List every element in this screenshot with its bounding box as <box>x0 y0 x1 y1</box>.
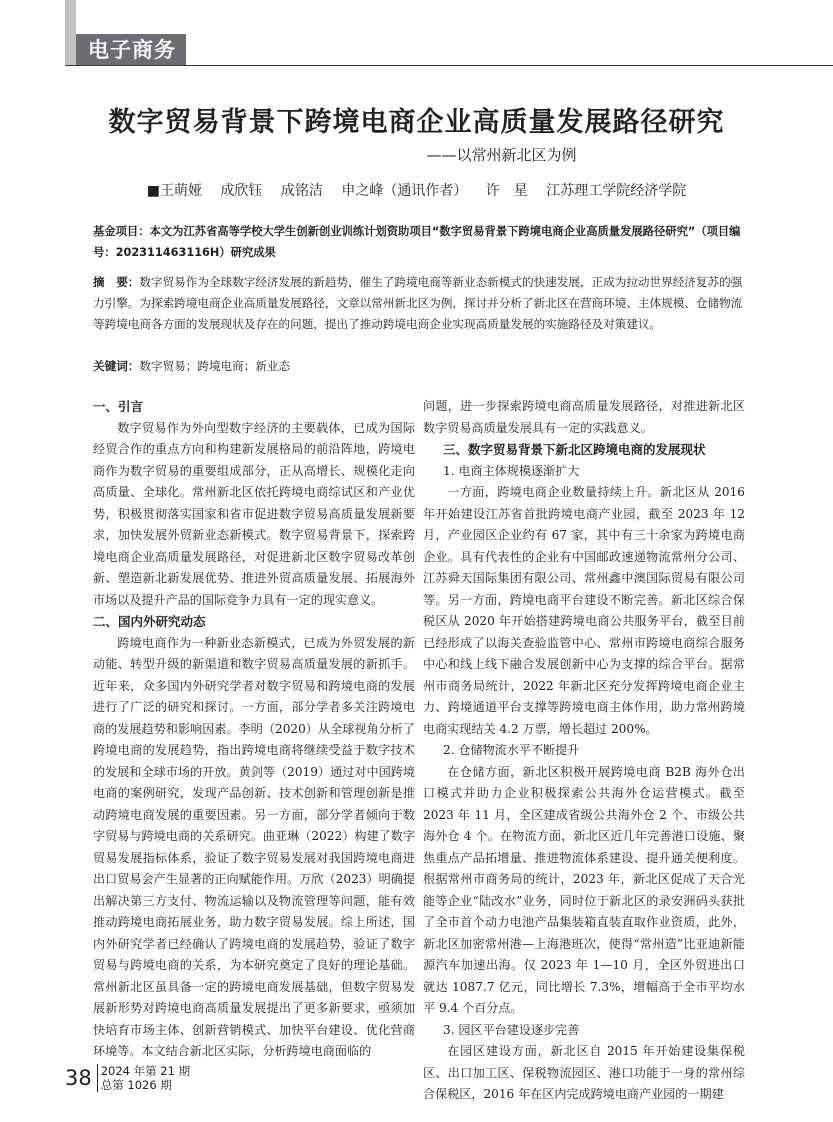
issue-info: 2024 年第 21 期 总第 1026 期 <box>101 1064 190 1092</box>
heading-current-status: 三、数字贸易背景下新北区跨境电商的发展现状 <box>423 439 745 461</box>
right-column: 问题，进一步探索跨境电商高质量发展路径，对推进新北区数字贸易高质量发展具有一定的… <box>423 396 745 1106</box>
author: ■王萌娅 <box>147 183 202 199</box>
paragraph: 在园区建设方面，新北区自 2015 年开始建设集保税区、出口加工区、保税物流园区… <box>423 1041 745 1106</box>
abstract: 摘 要：数字贸易作为全球数字经济发展的新趋势，催生了跨境电商等新业态新模式的快速… <box>93 272 745 335</box>
header-side-bar <box>65 0 76 66</box>
page-footer: 38 2024 年第 21 期 总第 1026 期 <box>65 1064 190 1092</box>
abstract-text: 数字贸易作为全球数字经济发展的新趋势，催生了跨境电商等新业态新模式的快速发展，正… <box>93 275 742 331</box>
keywords-text: 数字贸易；跨境电商；新业态 <box>139 359 290 373</box>
heading-introduction: 一、引言 <box>93 396 415 418</box>
issue-line: 总第 1026 期 <box>101 1078 190 1092</box>
keywords-label: 关键词： <box>93 359 139 373</box>
article-subtitle: ——以常州新北区为例 <box>0 144 833 165</box>
paragraph: 在仓储方面，新北区积极开展跨境电商 B2B 海外仓出口模式并助力企业积极探索公共… <box>423 762 745 1020</box>
section-tag: 电子商务 <box>76 34 186 66</box>
paragraph: 数字贸易作为外向型数字经济的主要载体，已成为国际经贸合作的重点方向和构建新发展格… <box>93 418 415 612</box>
fund-statement: 基金项目：本文为江苏省高等学校大学生创新创业训练计划资助项目“数字贸易背景下跨境… <box>93 221 743 263</box>
author: 许 星 <box>486 183 528 199</box>
abstract-label: 摘 要： <box>93 275 139 289</box>
author: 成铭洁 <box>281 183 323 199</box>
author: 成欣钰 <box>220 183 262 199</box>
subheading: 3. 园区平台建设逐步完善 <box>423 1020 745 1042</box>
paragraph: 问题，进一步探索跨境电商高质量发展路径，对推进新北区数字贸易高质量发展具有一定的… <box>423 396 745 439</box>
affiliation: 江苏理工学院经济学院 <box>546 183 686 199</box>
subheading: 2. 仓储物流水平不断提升 <box>423 740 745 762</box>
paragraph: 跨境电商作为一种新业态新模式，已成为外贸发展的新动能、转型升级的新渠道和数字贸易… <box>93 633 415 1063</box>
issue-line: 2024 年第 21 期 <box>101 1064 190 1078</box>
page-number: 38 <box>65 1066 92 1090</box>
keywords: 关键词：数字贸易；跨境电商；新业态 <box>93 356 743 377</box>
subheading: 1. 电商主体规模逐渐扩大 <box>423 461 745 483</box>
author-list: ■王萌娅 成欣钰 成铭洁 申之峰（通讯作者） 许 星 江苏理工学院经济学院 <box>0 180 833 200</box>
header-rule <box>65 65 833 66</box>
article-title: 数字贸易背景下跨境电商企业高质量发展路径研究 <box>0 100 833 139</box>
left-column: 一、引言 数字贸易作为外向型数字经济的主要载体，已成为国际经贸合作的重点方向和构… <box>93 396 415 1063</box>
heading-research-review: 二、国内外研究动态 <box>93 611 415 633</box>
footer-divider <box>97 1064 98 1092</box>
author: 申之峰（通讯作者） <box>341 183 467 199</box>
paragraph: 一方面，跨境电商企业数量持续上升。新北区从 2016 年开始建设江苏省首批跨境电… <box>423 482 745 740</box>
